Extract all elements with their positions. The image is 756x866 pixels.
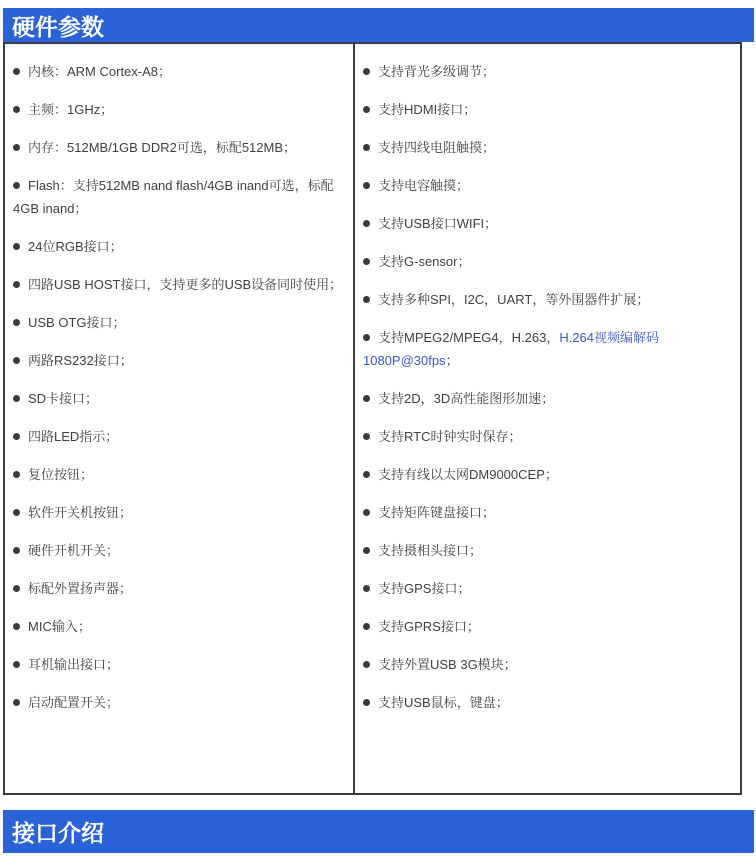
spec-item-text: Flash：支持512MB nand flash/4GB inand可选，标配4…	[13, 178, 334, 216]
bullet-icon	[363, 623, 370, 630]
spec-item: 支持多种SPI，I2C，UART，等外围器件扩展；	[363, 288, 732, 311]
bullet-icon	[13, 182, 20, 189]
bullet-icon	[363, 144, 370, 151]
bullet-icon	[363, 471, 370, 478]
spec-item: 支持有线以太网DM9000CEP；	[363, 463, 732, 486]
spec-item-text: 耳机输出接口；	[28, 657, 119, 672]
spec-item: 支持电容触摸；	[363, 174, 732, 197]
spec-item: 支持HDMI接口；	[363, 98, 732, 121]
spec-item-text: MIC输入；	[28, 619, 91, 634]
spec-item-text: ；	[446, 353, 459, 368]
spec-item: 内核：ARM Cortex-A8；	[13, 60, 345, 83]
bullet-icon	[13, 281, 20, 288]
spec-item-text: 支持GPS接口；	[378, 581, 470, 596]
hardware-section-title: 硬件参数	[12, 9, 104, 42]
spec-item-text: USB OTG接口；	[28, 315, 126, 330]
hardware-section-header: 硬件参数	[3, 8, 754, 42]
bullet-icon	[13, 547, 20, 554]
bullet-icon	[13, 585, 20, 592]
spec-item: 支持RTC时钟实时保存；	[363, 425, 732, 448]
spec-item: 支持背光多级调节；	[363, 60, 732, 83]
bullet-icon	[13, 661, 20, 668]
spec-item: MIC输入；	[13, 615, 345, 638]
spec-item-text: SD卡接口；	[28, 391, 98, 406]
spec-item-text: 硬件开机开关；	[28, 543, 119, 558]
spec-item-text: 启动配置开关；	[28, 695, 119, 710]
bullet-icon	[13, 623, 20, 630]
spec-item-text: 支持G-sensor；	[378, 254, 470, 269]
spec-item: 支持摄相头接口；	[363, 539, 732, 562]
spec-item-text: 内存：512MB/1GB DDR2可选，标配512MB；	[28, 140, 296, 155]
bullet-icon	[363, 68, 370, 75]
interface-section-title: 接口介绍	[12, 815, 104, 848]
spec-item: 两路RS232接口；	[13, 349, 345, 372]
bullet-icon	[363, 258, 370, 265]
spec-item-text: 标配外置扬声器；	[28, 581, 132, 596]
spec-item: 支持G-sensor；	[363, 250, 732, 273]
spec-item-text: 内核：ARM Cortex-A8；	[28, 64, 171, 79]
bullet-icon	[13, 319, 20, 326]
spec-list-left: 内核：ARM Cortex-A8；主频：1GHz；内存：512MB/1GB DD…	[5, 44, 355, 793]
spec-item-text: 两路RS232接口；	[28, 353, 133, 368]
spec-item: 支持USB鼠标，键盘；	[363, 691, 732, 714]
hardware-spec-table: 内核：ARM Cortex-A8；主频：1GHz；内存：512MB/1GB DD…	[3, 42, 742, 795]
bullet-icon	[363, 395, 370, 402]
bullet-icon	[363, 433, 370, 440]
bullet-icon	[13, 144, 20, 151]
spec-item-text: 支持USB鼠标，键盘；	[378, 695, 509, 710]
spec-item-text: 支持HDMI接口；	[378, 102, 476, 117]
bullet-icon	[363, 106, 370, 113]
bullet-icon	[13, 106, 20, 113]
bullet-icon	[363, 220, 370, 227]
spec-item: Flash：支持512MB nand flash/4GB inand可选，标配4…	[13, 174, 345, 220]
spec-item: 支持USB接口WIFI；	[363, 212, 732, 235]
spec-item-text: 支持MPEG2/MPEG4，H.263，	[378, 330, 559, 345]
spec-item: 四路LED指示；	[13, 425, 345, 448]
spec-item: 内存：512MB/1GB DDR2可选，标配512MB；	[13, 136, 345, 159]
bullet-icon	[13, 243, 20, 250]
spec-item: 24位RGB接口；	[13, 235, 345, 258]
spec-item-text: 支持电容触摸；	[378, 178, 469, 193]
spec-item-text: 支持GPRS接口；	[378, 619, 480, 634]
bullet-icon	[13, 509, 20, 516]
bullet-icon	[363, 296, 370, 303]
spec-item: 支持外置USB 3G模块；	[363, 653, 732, 676]
spec-item-text: 四路LED指示；	[28, 429, 118, 444]
bullet-icon	[13, 471, 20, 478]
spec-item-text: 支持USB接口WIFI；	[378, 216, 497, 231]
spec-item: 复位按钮；	[13, 463, 345, 486]
spec-item-text: 支持四线电阻触摸；	[378, 140, 495, 155]
spec-item: 耳机输出接口；	[13, 653, 345, 676]
spec-item: 支持MPEG2/MPEG4，H.263，H.264视频编解码1080P@30fp…	[363, 326, 732, 372]
spec-item: 支持矩阵键盘接口；	[363, 501, 732, 524]
bullet-icon	[13, 699, 20, 706]
spec-item: SD卡接口；	[13, 387, 345, 410]
spec-item-text: 24位RGB接口；	[28, 239, 123, 254]
bullet-icon	[13, 433, 20, 440]
bullet-icon	[363, 334, 370, 341]
bullet-icon	[13, 395, 20, 402]
bullet-icon	[13, 68, 20, 75]
spec-item-text: 支持多种SPI，I2C，UART，等外围器件扩展；	[378, 292, 649, 307]
spec-item-text: 支持背光多级调节；	[378, 64, 495, 79]
spec-item: 主频：1GHz；	[13, 98, 345, 121]
bullet-icon	[363, 585, 370, 592]
bullet-icon	[363, 509, 370, 516]
interface-section-header: 接口介绍	[3, 810, 754, 853]
bullet-icon	[363, 547, 370, 554]
spec-item-text: 支持外置USB 3G模块；	[378, 657, 517, 672]
spec-item-text: 支持2D，3D高性能图形加速；	[378, 391, 554, 406]
spec-item-text: 四路USB HOST接口，支持更多的USB设备同时使用；	[28, 277, 342, 292]
spec-item-text: 主频：1GHz；	[28, 102, 113, 117]
spec-item-text: 软件开关机按钮；	[28, 505, 132, 520]
spec-item: 支持GPS接口；	[363, 577, 732, 600]
spec-item: 支持GPRS接口；	[363, 615, 732, 638]
spec-item-text: 支持矩阵键盘接口；	[378, 505, 495, 520]
spec-item: 四路USB HOST接口，支持更多的USB设备同时使用；	[13, 273, 345, 296]
spec-item: 支持四线电阻触摸；	[363, 136, 732, 159]
spec-item-text: 支持RTC时钟实时保存；	[378, 429, 521, 444]
bullet-icon	[363, 182, 370, 189]
spec-item-text: 支持摄相头接口；	[378, 543, 482, 558]
spec-item: 启动配置开关；	[13, 691, 345, 714]
spec-item: 标配外置扬声器；	[13, 577, 345, 600]
spec-item: 支持2D，3D高性能图形加速；	[363, 387, 732, 410]
spec-item: USB OTG接口；	[13, 311, 345, 334]
spec-item: 硬件开机开关；	[13, 539, 345, 562]
spec-item-text: 复位按钮；	[28, 467, 93, 482]
bullet-icon	[363, 699, 370, 706]
spec-item-text: 支持有线以太网DM9000CEP；	[378, 467, 558, 482]
bullet-icon	[363, 661, 370, 668]
spec-item: 软件开关机按钮；	[13, 501, 345, 524]
spec-list-right: 支持背光多级调节；支持HDMI接口；支持四线电阻触摸；支持电容触摸；支持USB接…	[355, 44, 740, 793]
bullet-icon	[13, 357, 20, 364]
